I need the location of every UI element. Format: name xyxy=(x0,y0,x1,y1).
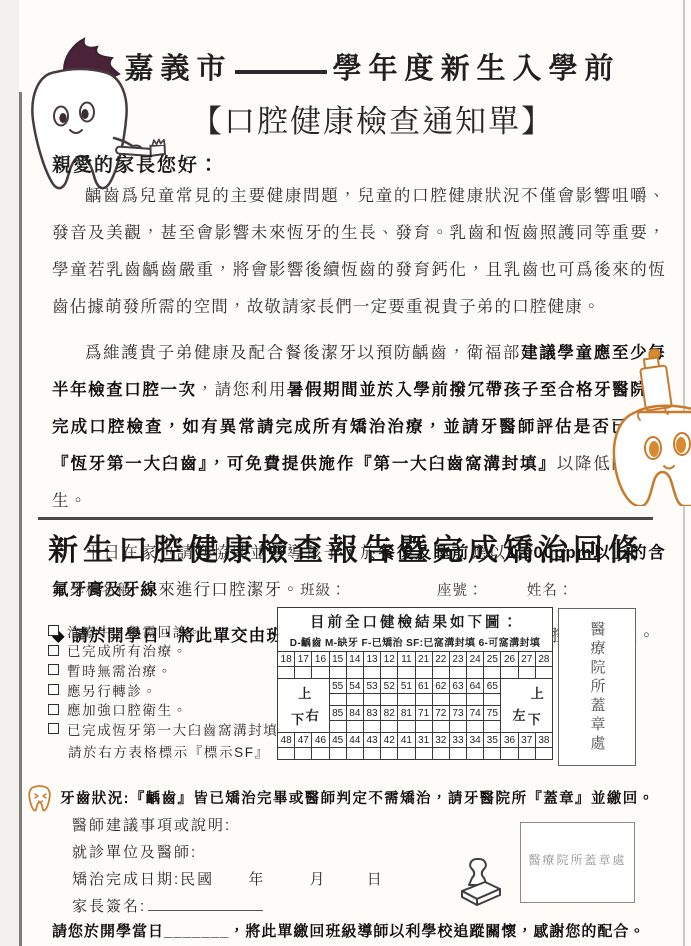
tooth-cell: 82 xyxy=(381,706,398,721)
mark-cell[interactable] xyxy=(415,721,432,733)
mark-cell[interactable] xyxy=(329,748,346,760)
mark-cell[interactable] xyxy=(501,667,518,679)
tooth-cell: 64 xyxy=(467,679,484,694)
title-blank-line xyxy=(235,70,327,74)
signature-line: 家長簽名: xyxy=(72,895,263,916)
tooth-cell: 33 xyxy=(449,733,466,748)
report-section-title: 新生口腔健康檢查報告暨完成矯治回條 xyxy=(0,525,691,569)
checkbox-item[interactable]: 已完成所有治療。 xyxy=(48,641,280,661)
tooth-status-line: 牙齒狀況:『齲齒』皆已矯治完畢或醫師判定不需矯治，請牙醫院所『蓋章』並繳回。 xyxy=(60,787,680,808)
dental-notice-page: 嘉義市學年度新生入學前 【口腔健康檢查通知單】 親愛的家長您好： 齲齒爲兒童常見… xyxy=(0,0,691,946)
mark-cell[interactable] xyxy=(398,667,415,679)
parent-signature-label: 家長簽名: xyxy=(72,898,146,915)
checkbox-sf-note: 請於右方表格標示『標示SF』 xyxy=(68,741,280,761)
tooth-cell: 75 xyxy=(484,706,501,721)
tooth-cell: 84 xyxy=(346,706,363,721)
tooth-cell: 17 xyxy=(295,652,312,667)
scan-edge-strip xyxy=(0,0,19,946)
tooth-cell: 43 xyxy=(363,733,380,748)
checkbox-item[interactable]: 暫時無需治療。 xyxy=(48,660,280,680)
tooth-chart-table: 18171615141312112122232425262728 上 右 下 5… xyxy=(277,651,553,760)
tooth-cell: 24 xyxy=(467,652,484,667)
clinic-stamp-box-vertical: 醫療院所蓋章處 xyxy=(558,608,636,766)
mark-cell[interactable] xyxy=(278,748,295,760)
mark-cell[interactable] xyxy=(415,748,432,760)
tooth-cell: 51 xyxy=(398,679,415,694)
mark-cell[interactable] xyxy=(467,721,484,733)
tooth-cell: 13 xyxy=(363,652,380,667)
mark-cell[interactable] xyxy=(432,748,449,760)
tooth-cell: 31 xyxy=(415,733,432,748)
mark-cell[interactable] xyxy=(398,694,415,706)
tooth-cell: 35 xyxy=(484,733,501,748)
mark-cell[interactable] xyxy=(346,694,363,706)
mark-cell[interactable] xyxy=(312,667,329,679)
tooth-mascot-toothpaste-icon xyxy=(606,348,691,506)
title-line2: 【口腔健康檢查通知單】 xyxy=(100,96,645,141)
title-suffix: 學年度新生入學前 xyxy=(333,53,621,85)
tooth-cell: 41 xyxy=(398,733,415,748)
row-upper-deciduous: 上 右 下 55545352516162636465 上 左 下 xyxy=(278,679,553,694)
small-tooth-icon xyxy=(27,783,55,813)
mark-cell[interactable] xyxy=(415,694,432,706)
tooth-cell: 28 xyxy=(535,652,552,667)
rubber-stamp-icon xyxy=(450,856,510,912)
tooth-cell: 83 xyxy=(363,706,380,721)
mark-cell[interactable] xyxy=(518,667,535,679)
tooth-cell: 61 xyxy=(415,679,432,694)
mark-cell[interactable] xyxy=(432,694,449,706)
mark-cell[interactable] xyxy=(449,667,466,679)
side-label-left: 上 左 下 xyxy=(501,679,553,733)
tooth-chart-title: 目前全口健檢結果如下圖： xyxy=(278,611,552,632)
mark-cell[interactable] xyxy=(363,721,380,733)
greeting-text: 親愛的家長您好： xyxy=(52,150,220,177)
mark-cell[interactable] xyxy=(398,721,415,733)
tooth-cell: 73 xyxy=(449,706,466,721)
mark-cell[interactable] xyxy=(535,748,552,760)
tooth-cell: 63 xyxy=(449,679,466,694)
clinic-stamp-box-bottom: 醫療院所蓋章處 xyxy=(520,822,635,903)
student-fields-row: 學校名稱: 班級： 座號： 姓名： xyxy=(0,579,691,601)
mark-cell[interactable] xyxy=(415,667,432,679)
mark-cell[interactable] xyxy=(346,748,363,760)
checkbox-label: 暫時無需治療。 xyxy=(67,660,173,680)
checkbox[interactable] xyxy=(48,625,59,636)
mark-cell[interactable] xyxy=(381,748,398,760)
tooth-cell: 11 xyxy=(398,652,415,667)
tooth-chart-legend: D-齲齒 M-缺牙 F-已矯治 SF:已窩溝封填 6-可窩溝封填 xyxy=(278,634,552,649)
mark-cell[interactable] xyxy=(278,667,295,679)
tooth-cell: 81 xyxy=(398,706,415,721)
tooth-cell: 26 xyxy=(501,652,518,667)
tooth-cell: 25 xyxy=(484,652,501,667)
mark-cell[interactable] xyxy=(381,667,398,679)
tooth-cell: 53 xyxy=(363,679,380,694)
mark-cell[interactable] xyxy=(501,748,518,760)
checkbox-label: 治療中，仍需回診。 xyxy=(67,621,203,641)
checkbox-item[interactable]: 應加強口腔衛生。 xyxy=(48,699,280,719)
mark-cell[interactable] xyxy=(484,721,501,733)
seat-number-label: 座號： xyxy=(437,579,484,600)
doctor-note-label: 醫師建議事項或說明: xyxy=(72,814,231,835)
mark-cell[interactable] xyxy=(329,721,346,733)
tooth-cell: 34 xyxy=(467,733,484,748)
tooth-cell: 52 xyxy=(381,679,398,694)
checkbox-label: 已完成所有治療。 xyxy=(67,640,188,660)
mark-cell[interactable] xyxy=(484,667,501,679)
tooth-cell: 37 xyxy=(518,733,535,748)
final-return-instruction: 請您於開學當日_______，將此單繳回班級導師以利學校追蹤關懷，感謝您的配合。 xyxy=(52,920,677,941)
clinic-doctor-label: 就診單位及醫師: xyxy=(72,841,197,862)
tooth-cell: 85 xyxy=(329,706,346,721)
mark-cell[interactable] xyxy=(312,748,329,760)
mark-cell[interactable] xyxy=(295,748,312,760)
mark-cell[interactable] xyxy=(363,694,380,706)
tooth-chart: 目前全口健檢結果如下圖： D-齲齒 M-缺牙 F-已矯治 SF:已窩溝封填 6-… xyxy=(277,607,553,760)
mark-cell[interactable] xyxy=(432,667,449,679)
mark-cell[interactable] xyxy=(484,748,501,760)
side-label-right: 上 右 下 xyxy=(278,679,330,733)
year-label: 年 xyxy=(248,871,265,888)
mark-cell[interactable] xyxy=(363,667,380,679)
tooth-cell: 12 xyxy=(381,652,398,667)
tooth-cell: 65 xyxy=(484,679,501,694)
checkbox-item[interactable]: 應另行轉診。 xyxy=(48,680,280,700)
row-lower-permanent-marks xyxy=(278,748,553,760)
tooth-cell: 23 xyxy=(449,652,466,667)
mark-cell[interactable] xyxy=(363,748,380,760)
student-name-label: 姓名： xyxy=(527,579,574,600)
mark-cell[interactable] xyxy=(467,667,484,679)
tooth-cell: 62 xyxy=(432,679,449,694)
tooth-cell: 27 xyxy=(518,652,535,667)
tooth-cell: 14 xyxy=(346,652,363,667)
mark-cell[interactable] xyxy=(346,721,363,733)
day-label: 日 xyxy=(367,871,384,888)
section-divider xyxy=(38,517,653,520)
month-label: 月 xyxy=(310,871,327,888)
checkbox[interactable] xyxy=(48,723,59,734)
tooth-cell: 46 xyxy=(312,733,329,748)
mark-cell[interactable] xyxy=(467,694,484,706)
mark-cell[interactable] xyxy=(449,748,466,760)
paragraph-caries-intro: 齲齒爲兒童常見的主要健康問題，兒童的口腔健康狀況不僅會影響咀嚼、發音及美觀，甚至… xyxy=(52,178,666,326)
mark-cell[interactable] xyxy=(484,694,501,706)
mark-cell[interactable] xyxy=(518,748,535,760)
tooth-cell: 32 xyxy=(432,733,449,748)
class-label: 班級： xyxy=(300,579,347,600)
row-lower-permanent: 48474645444342413132333435363738 xyxy=(278,733,553,748)
mark-cell[interactable] xyxy=(381,721,398,733)
checkbox[interactable] xyxy=(48,704,59,715)
mark-cell[interactable] xyxy=(535,667,552,679)
tooth-cell: 47 xyxy=(295,733,312,748)
checkbox-label: 應加強口腔衛生。 xyxy=(67,699,188,719)
clinic-stamp-box-bottom-label: 醫療院所蓋章處 xyxy=(521,851,634,868)
checkbox-label: 應另行轉診。 xyxy=(67,680,158,700)
tooth-cell: 72 xyxy=(432,706,449,721)
tooth-cell: 42 xyxy=(381,733,398,748)
mark-cell[interactable] xyxy=(467,748,484,760)
mark-cell[interactable] xyxy=(381,694,398,706)
signature-blank[interactable] xyxy=(148,910,263,911)
mark-cell[interactable] xyxy=(329,694,346,706)
mark-cell[interactable] xyxy=(398,748,415,760)
tooth-cell: 74 xyxy=(467,706,484,721)
row-upper-permanent-marks xyxy=(278,667,553,679)
tooth-cell: 16 xyxy=(312,652,329,667)
checkbox-item[interactable]: 治療中，仍需回診。 xyxy=(48,621,280,641)
title-line1: 嘉義市學年度新生入學前 xyxy=(100,46,645,87)
tooth-cell: 55 xyxy=(329,679,346,694)
scan-edge-line-left xyxy=(19,92,22,946)
tooth-cell: 48 xyxy=(278,733,295,748)
checkbox-item[interactable]: 已完成恆牙第一大臼齒窩溝封填 xyxy=(48,719,280,739)
title-prefix: 嘉義市 xyxy=(124,53,232,85)
tooth-cell: 71 xyxy=(415,706,432,721)
tooth-chart-header: 目前全口健檢結果如下圖： D-齲齒 M-缺牙 F-已矯治 SF:已窩溝封填 6-… xyxy=(277,607,553,652)
mark-cell[interactable] xyxy=(329,667,346,679)
treatment-date-line: 矯治完成日期:民國 年 月 日 xyxy=(72,868,384,889)
school-name-label: 學校名稱: xyxy=(70,579,137,600)
clinic-stamp-box-vertical-label: 醫療院所蓋章處 xyxy=(587,621,608,754)
tooth-cell: 15 xyxy=(329,652,346,667)
checkbox[interactable] xyxy=(48,684,59,695)
paragraph-checkup-advice: 爲維護貴子弟健康及配合餐後潔牙以預防齲齒，衛福部建議學童應至少每半年檢查口腔一次… xyxy=(52,335,666,520)
tooth-cell: 22 xyxy=(432,652,449,667)
checkbox-list: 治療中，仍需回診。 已完成所有治療。 暫時無需治療。 應另行轉診。 應加強口腔衛… xyxy=(48,621,280,761)
mark-cell[interactable] xyxy=(346,667,363,679)
mark-cell[interactable] xyxy=(449,721,466,733)
tooth-cell: 36 xyxy=(501,733,518,748)
tooth-cell: 18 xyxy=(278,652,295,667)
tooth-cell: 45 xyxy=(329,733,346,748)
tooth-cell: 38 xyxy=(535,733,552,748)
mark-cell[interactable] xyxy=(432,721,449,733)
mark-cell[interactable] xyxy=(295,667,312,679)
tooth-cell: 44 xyxy=(346,733,363,748)
treatment-date-label: 矯治完成日期:民國 xyxy=(72,871,214,888)
page-title: 嘉義市學年度新生入學前 【口腔健康檢查通知單】 xyxy=(100,46,645,141)
tooth-cell: 21 xyxy=(415,652,432,667)
checkbox-label: 已完成恆牙第一大臼齒窩溝封填 xyxy=(67,719,278,739)
checkbox[interactable] xyxy=(48,645,59,656)
tooth-cell: 54 xyxy=(346,679,363,694)
row-upper-permanent: 18171615141312112122232425262728 xyxy=(278,652,553,667)
mark-cell[interactable] xyxy=(449,694,466,706)
checkbox[interactable] xyxy=(48,664,59,675)
